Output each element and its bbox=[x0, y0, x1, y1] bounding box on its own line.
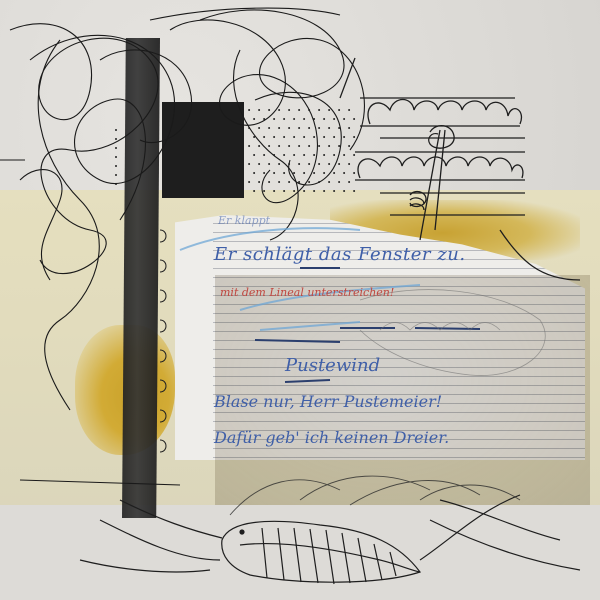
handwriting-title: Pustewind bbox=[285, 355, 380, 376]
pencil-sketch-creature bbox=[360, 290, 545, 376]
etched-lines bbox=[0, 0, 600, 600]
handwriting-line-4: Dafür geb' ich keinen Dreier. bbox=[214, 428, 449, 447]
grass-marks bbox=[230, 476, 520, 515]
fish-creature-icon bbox=[80, 495, 580, 584]
handwriting-faint-line: Er klappt bbox=[218, 214, 270, 227]
post-hook-marks bbox=[160, 230, 166, 452]
handwriting-red-note: mit dem Lineal unterstreichen! bbox=[220, 286, 394, 299]
artwork: Er klappt Er schlägt das Fenster zu. mit… bbox=[0, 0, 600, 600]
handwriting-line-1: Er schlägt das Fenster zu. bbox=[214, 244, 466, 265]
dotted-texture bbox=[115, 109, 355, 192]
handwriting-line-3: Blase nur, Herr Pustemeier! bbox=[214, 392, 442, 411]
